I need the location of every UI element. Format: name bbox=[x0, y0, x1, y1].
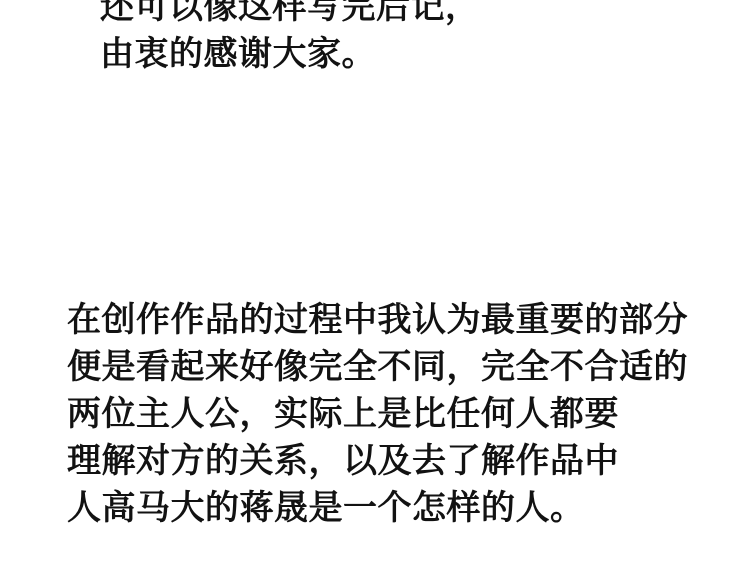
afterword-main-line-4: 理解对方的关系，以及去了解作品中 bbox=[67, 438, 688, 485]
afterword-top-paragraph: 还可以像这样写完后记， 由衷的感谢大家。 bbox=[100, 0, 480, 78]
afterword-top-line-2: 由衷的感谢大家。 bbox=[100, 31, 480, 78]
afterword-main-paragraph: 在创作作品的过程中我认为最重要的部分 便是看起来好像完全不同，完全不合适的 两位… bbox=[67, 297, 688, 532]
afterword-top-line-1: 还可以像这样写完后记， bbox=[100, 0, 480, 31]
afterword-main-line-1: 在创作作品的过程中我认为最重要的部分 bbox=[67, 297, 688, 344]
afterword-page: 还可以像这样写完后记， 由衷的感谢大家。 在创作作品的过程中我认为最重要的部分 … bbox=[0, 0, 750, 586]
afterword-main-line-2: 便是看起来好像完全不同，完全不合适的 bbox=[67, 344, 688, 391]
afterword-main-line-5: 人高马大的蒋晟是一个怎样的人。 bbox=[67, 485, 688, 532]
afterword-main-line-3: 两位主人公，实际上是比任何人都要 bbox=[67, 391, 688, 438]
